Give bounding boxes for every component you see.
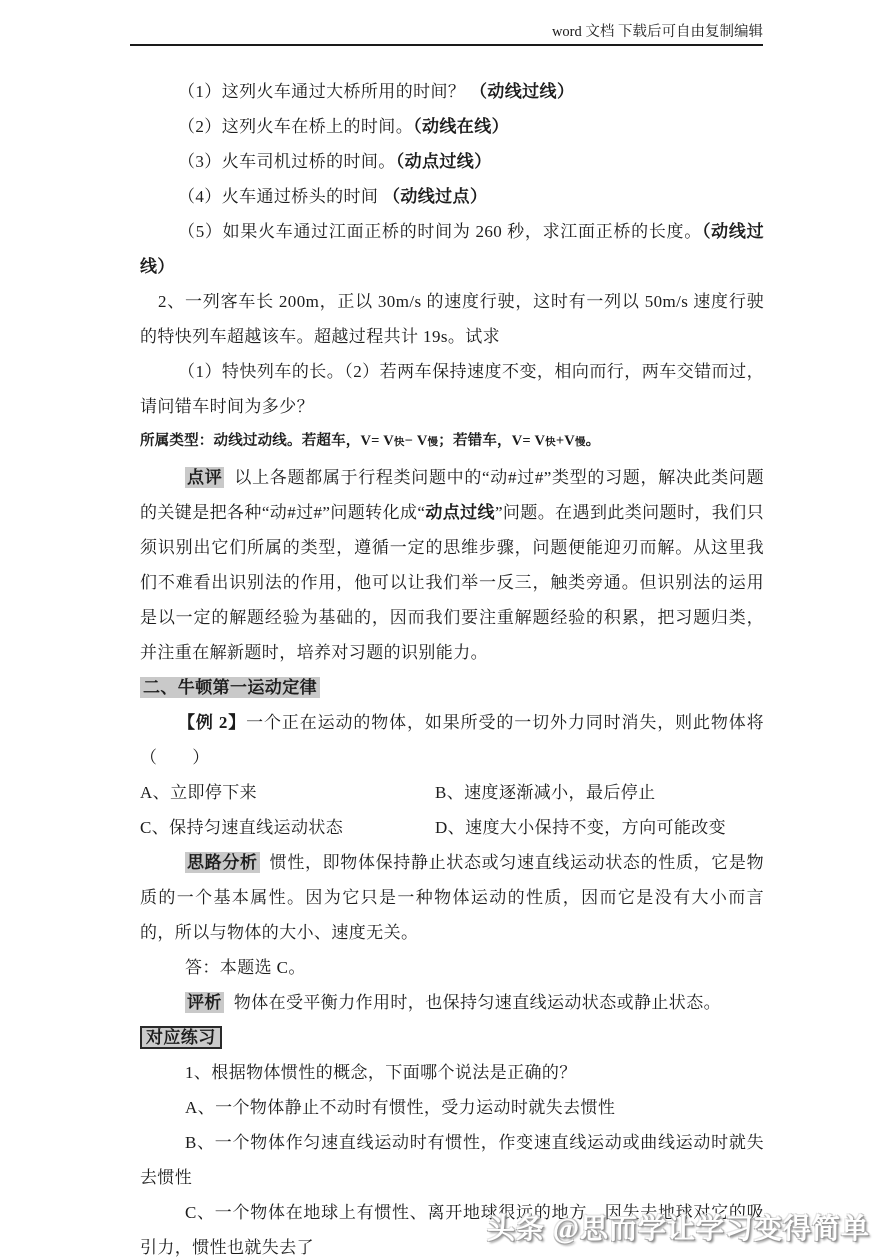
comment-paragraph: 点评以上各题都属于行程类问题中的“动#过#”类型的习题，解决此类问题的关键是把各… — [140, 460, 764, 670]
watermark: 头条 @思而学让学习变得简单 — [487, 1207, 870, 1247]
type-note-text: +V — [556, 433, 575, 449]
subscript-fast: 快 — [545, 437, 556, 448]
example2-stem: 【例 2】一个正在运动的物体，如果所受的一切外力同时消失，则此物体将（ ） — [140, 705, 764, 775]
option-b: B、速度逐渐减小，最后停止 — [435, 775, 764, 810]
type-note-text: − V — [405, 433, 428, 449]
analysis-label: 思路分析 — [185, 852, 260, 873]
comment-key-term: 动点过线 — [425, 503, 495, 522]
example2-label: 【例 2】 — [178, 713, 246, 732]
subscript-fast: 快 — [394, 437, 405, 448]
subscript-slow: 慢 — [575, 437, 586, 448]
option-c: C、保持匀速直线运动状态 — [140, 810, 435, 845]
document-body: （1）这列火车通过大桥所用的时间？ （动线过线） （2）这列火车在桥上的时间。（… — [140, 74, 764, 1259]
item-text: （4）火车通过桥头的时间 — [178, 187, 383, 206]
header-note: word 文档 下载后可自由复制编辑 — [552, 24, 763, 40]
question1-item-5: （5）如果火车通过江面正桥的时间为 260 秒，求江面正桥的长度。（动线过线） — [140, 214, 764, 284]
review-paragraph: 评析物体在受平衡力作用时，也保持匀速直线运动状态或静止状态。 — [140, 985, 764, 1020]
type-note: 所属类型：动线过动线。若超车，V= V快− V慢；若错车，V= V快+V慢。 — [140, 424, 764, 460]
item-text: （2）这列火车在桥上的时间。 — [178, 117, 413, 136]
question1-item-1: （1）这列火车通过大桥所用的时间？ （动线过线） — [140, 74, 764, 109]
comment-text: ”问题。在遇到此类问题时，我们只须识别出它们所属的类型，遵循一定的思维步骤，问题… — [140, 503, 764, 662]
item-text: （3）火车司机过桥的时间。 — [178, 152, 396, 171]
practice-question-1: 1、根据物体惯性的概念，下面哪个说法是正确的？ — [140, 1055, 764, 1090]
question1-item-3: （3）火车司机过桥的时间。（动点过线） — [140, 144, 764, 179]
review-label: 评析 — [185, 992, 224, 1013]
question1-item-4: （4）火车通过桥头的时间 （动线过点） — [140, 179, 764, 214]
page-header: word 文档 下载后可自由复制编辑 — [130, 0, 763, 46]
practice-label: 对应练习 — [140, 1026, 222, 1049]
document-page: word 文档 下载后可自由复制编辑 （1）这列火车通过大桥所用的时间？ （动线… — [0, 0, 890, 1259]
item-type-tag: （动线过线） — [470, 82, 574, 101]
answer-line: 答：本题选 C。 — [140, 950, 764, 985]
question2-subquestions: （1）特快列车的长。（2）若两车保持速度不变，相向而行，两车交错而过，请问错车时… — [140, 354, 764, 424]
section2-heading: 二、牛顿第一运动定律 — [140, 677, 320, 698]
type-note-text: 。 — [586, 433, 601, 449]
section2-heading-row: 二、牛顿第一运动定律 — [140, 670, 764, 705]
practice-option-a: A、一个物体静止不动时有惯性，受力运动时就失去惯性 — [140, 1090, 764, 1125]
analysis-paragraph: 思路分析惯性，即物体保持静止状态或匀速直线运动状态的性质，它是物质的一个基本属性… — [140, 845, 764, 950]
option-d: D、速度大小保持不变，方向可能改变 — [435, 810, 764, 845]
item-type-tag: （动线过点） — [383, 187, 487, 206]
item-type-tag: （动线在线） — [413, 117, 509, 136]
question1-item-2: （2）这列火车在桥上的时间。（动线在线） — [140, 109, 764, 144]
comment-label: 点评 — [185, 467, 224, 488]
type-note-text: 所属类型：动线过动线。若超车，V= V — [140, 433, 394, 449]
example2-options-row-1: A、立即停下来B、速度逐渐减小，最后停止 — [140, 775, 764, 810]
practice-heading-row: 对应练习 — [140, 1020, 764, 1055]
item-text: （1）这列火车通过大桥所用的时间？ — [178, 82, 470, 101]
subscript-slow: 慢 — [428, 437, 439, 448]
question2-stem: 2、一列客车长 200m，正以 30m/s 的速度行驶，这时有一列以 50m/s… — [140, 284, 764, 354]
example2-options-row-2: C、保持匀速直线运动状态D、速度大小保持不变，方向可能改变 — [140, 810, 764, 845]
item-type-tag: （动点过线） — [396, 152, 492, 171]
item-text: （5）如果火车通过江面正桥的时间为 260 秒，求江面正桥的长度。 — [178, 222, 702, 241]
option-a: A、立即停下来 — [140, 775, 435, 810]
practice-option-b: B、一个物体作匀速直线运动时有惯性，作变速直线运动或曲线运动时就失去惯性 — [140, 1125, 764, 1195]
type-note-text: ；若错车，V= V — [438, 433, 545, 449]
review-text: 物体在受平衡力作用时，也保持匀速直线运动状态或静止状态。 — [234, 993, 721, 1012]
